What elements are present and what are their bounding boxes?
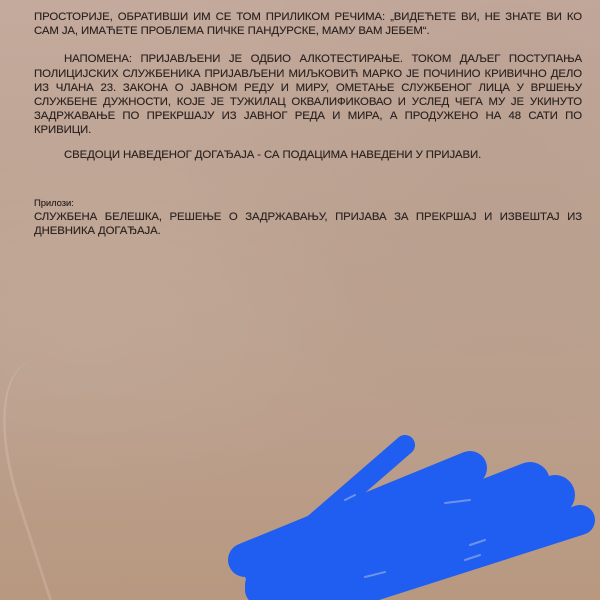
witnesses-paragraph: СВЕДОЦИ НАВЕДЕНОГ ДОГАЂАЈА - СА ПОДАЦИМА… xyxy=(34,148,582,162)
intro-paragraph: ПРОСТОРИЈЕ, ОБРАТИВШИ ИМ СЕ ТОМ ПРИЛИКОМ… xyxy=(34,10,582,38)
attachments-text: СЛУЖБЕНА БЕЛЕШКА, РЕШЕЊЕ О ЗАДРЖАВАЊУ, П… xyxy=(34,210,582,238)
paper-fold-crease xyxy=(0,360,162,600)
document-body: ПРОСТОРИЈЕ, ОБРАТИВШИ ИМ СЕ ТОМ ПРИЛИКОМ… xyxy=(34,10,582,238)
note-paragraph: НАПОМЕНА: ПРИЈАВЉЕНИ ЈЕ ОДБИО АЛКОТЕСТИР… xyxy=(34,52,582,137)
attachments-label: Прилози: xyxy=(34,198,582,210)
